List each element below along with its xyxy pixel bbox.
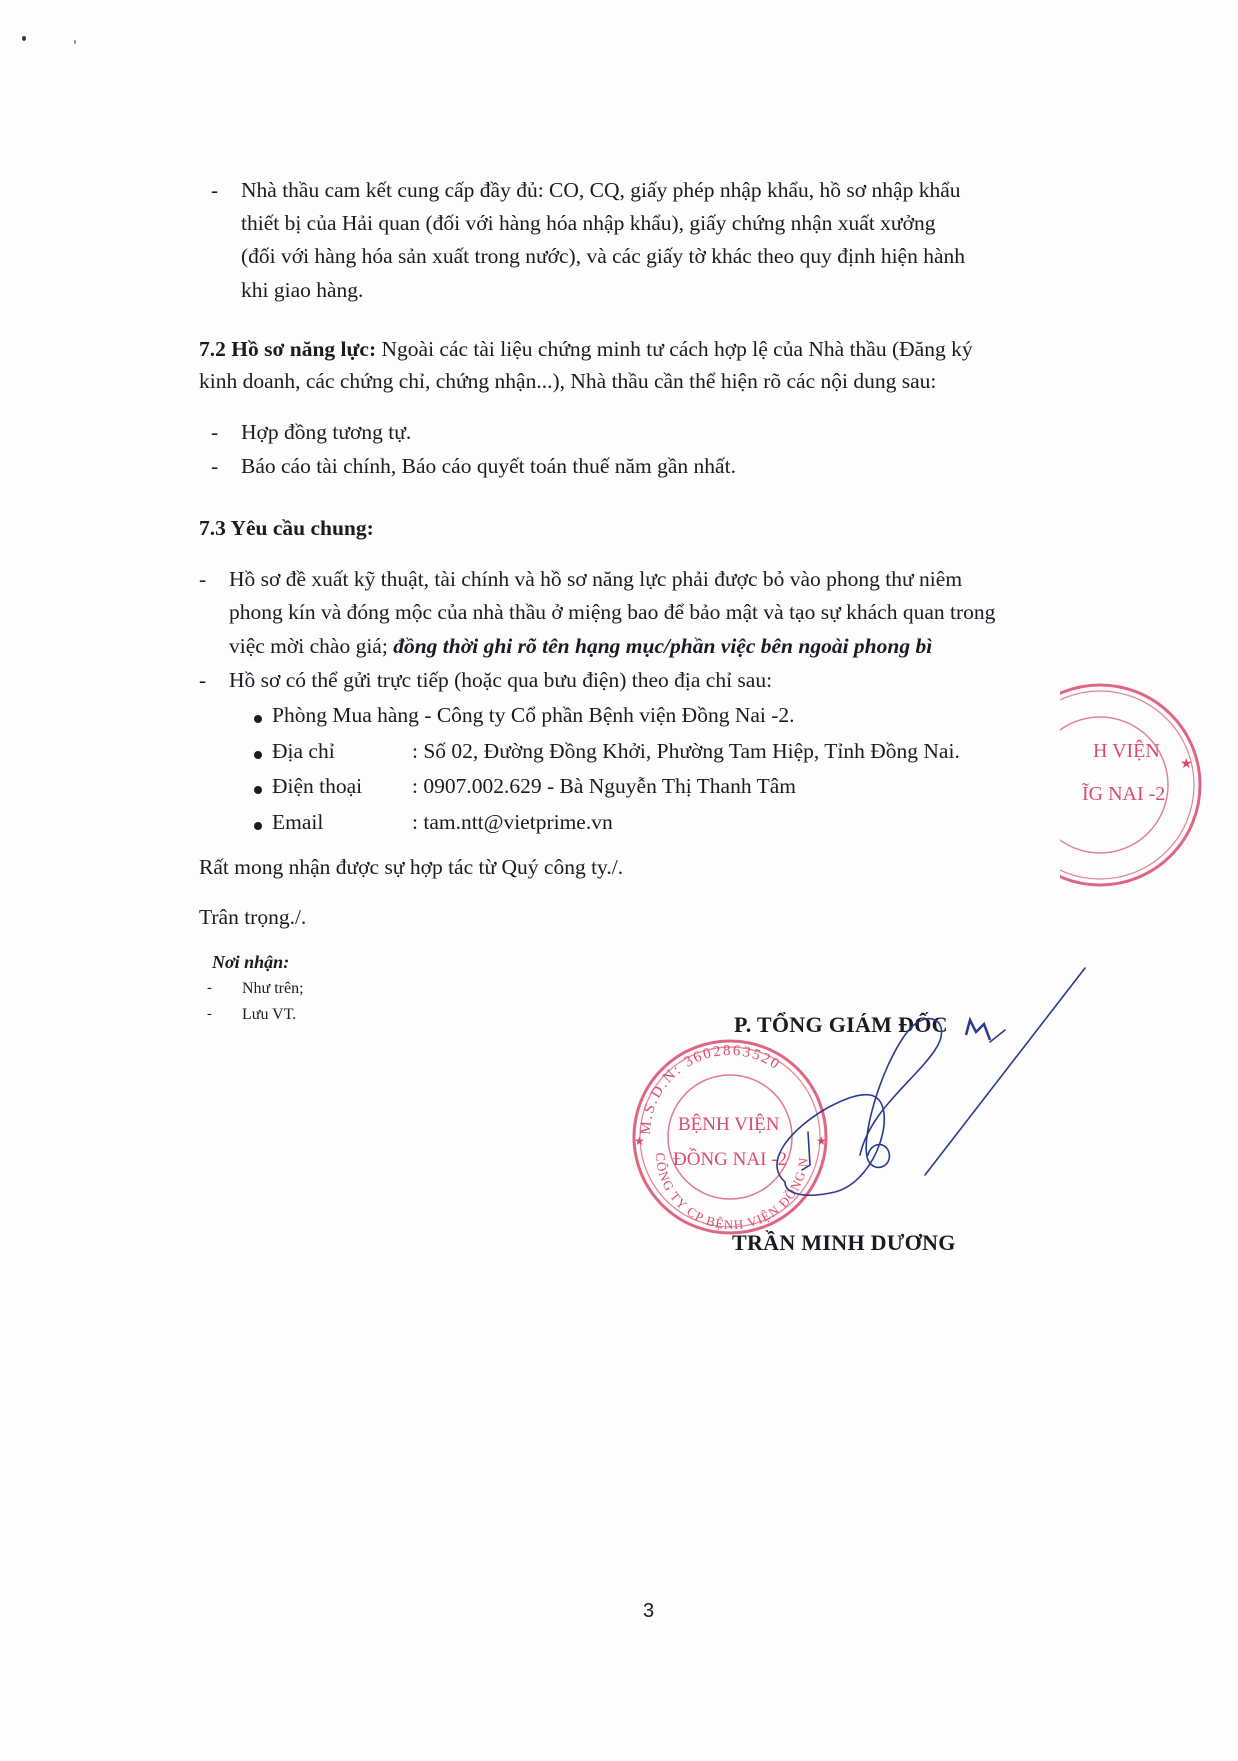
requirement-line: Hồ sơ có thể gửi trực tiếp (hoặc qua bưu…	[229, 668, 772, 693]
section-heading: 7.2 Hồ sơ năng lực:	[199, 337, 376, 361]
recipients-heading: Nơi nhận:	[212, 952, 289, 973]
scan-speck	[74, 40, 76, 44]
list-dash: -	[211, 178, 218, 203]
contact-label: Địa chỉ	[272, 739, 335, 764]
page-number: 3	[643, 1600, 654, 1623]
signer-name: TRẦN MINH DƯƠNG	[732, 1230, 956, 1256]
partial-stamp-line2: ĨG NAI -2	[1082, 781, 1165, 805]
section-text: Ngoài các tài liệu chứng minh tư cách hợ…	[376, 337, 972, 361]
svg-text:★: ★	[1180, 757, 1193, 772]
partial-stamp-icon: H VIỆN ĨG NAI -2 ★	[1060, 665, 1238, 895]
list-item: Hợp đồng tương tự.	[241, 420, 411, 445]
recipient-item: Lưu VT.	[242, 1006, 296, 1024]
signature-icon	[740, 960, 1100, 1230]
bullet-icon	[254, 715, 262, 723]
contact-phone: : 0907.002.629 - Bà Nguyễn Thị Thanh Tâm	[412, 774, 796, 799]
requirement-line: việc mời chào giá; đồng thời ghi rõ tên …	[229, 634, 932, 659]
section-heading: 7.3 Yêu cầu chung:	[199, 516, 374, 541]
requirement-line: phong kín và đóng mộc của nhà thầu ở miệ…	[229, 600, 995, 625]
intro-line: thiết bị của Hải quan (đối với hàng hóa …	[241, 211, 935, 236]
list-dash: -	[199, 668, 206, 693]
requirement-emphasis: đồng thời ghi rõ tên hạng mục/phần việc …	[393, 634, 932, 658]
bullet-icon	[254, 822, 262, 830]
contact-email[interactable]: : tam.ntt@vietprime.vn	[412, 810, 613, 835]
bullet-icon	[254, 751, 262, 759]
partial-stamp-line1: H VIỆN	[1093, 739, 1160, 762]
recipient-item: Như trên;	[242, 980, 304, 998]
intro-line: Nhà thầu cam kết cung cấp đầy đủ: CO, CQ…	[241, 178, 961, 203]
closing-line: Rất mong nhận được sự hợp tác từ Quý côn…	[199, 855, 623, 880]
intro-line: (đối với hàng hóa sản xuất trong nước), …	[241, 244, 965, 269]
contact-label: Email	[272, 810, 323, 835]
list-dash: -	[207, 1006, 212, 1023]
scan-speck	[22, 36, 26, 41]
closing-regards: Trân trọng./.	[199, 905, 306, 930]
contact-label: Điện thoại	[272, 774, 362, 799]
requirement-text: việc mời chào giá;	[229, 634, 393, 658]
list-dash: -	[211, 420, 218, 445]
list-dash: -	[199, 567, 206, 592]
contact-department: Phòng Mua hàng - Công ty Cổ phần Bệnh vi…	[272, 703, 795, 728]
list-dash: -	[211, 454, 218, 479]
list-item: Báo cáo tài chính, Báo cáo quyết toán th…	[241, 454, 736, 479]
requirement-line: Hồ sơ đề xuất kỹ thuật, tài chính và hồ …	[229, 567, 962, 592]
section-7-2-line1: 7.2 Hồ sơ năng lực: Ngoài các tài liệu c…	[199, 337, 973, 362]
section-7-2-line2: kinh doanh, các chứng chỉ, chứng nhận...…	[199, 369, 936, 394]
list-dash: -	[207, 980, 212, 997]
contact-address: : Số 02, Đường Đồng Khởi, Phường Tam Hiệ…	[412, 739, 960, 764]
intro-line: khi giao hàng.	[241, 278, 363, 303]
bullet-icon	[254, 786, 262, 794]
svg-text:★: ★	[634, 1134, 645, 1148]
